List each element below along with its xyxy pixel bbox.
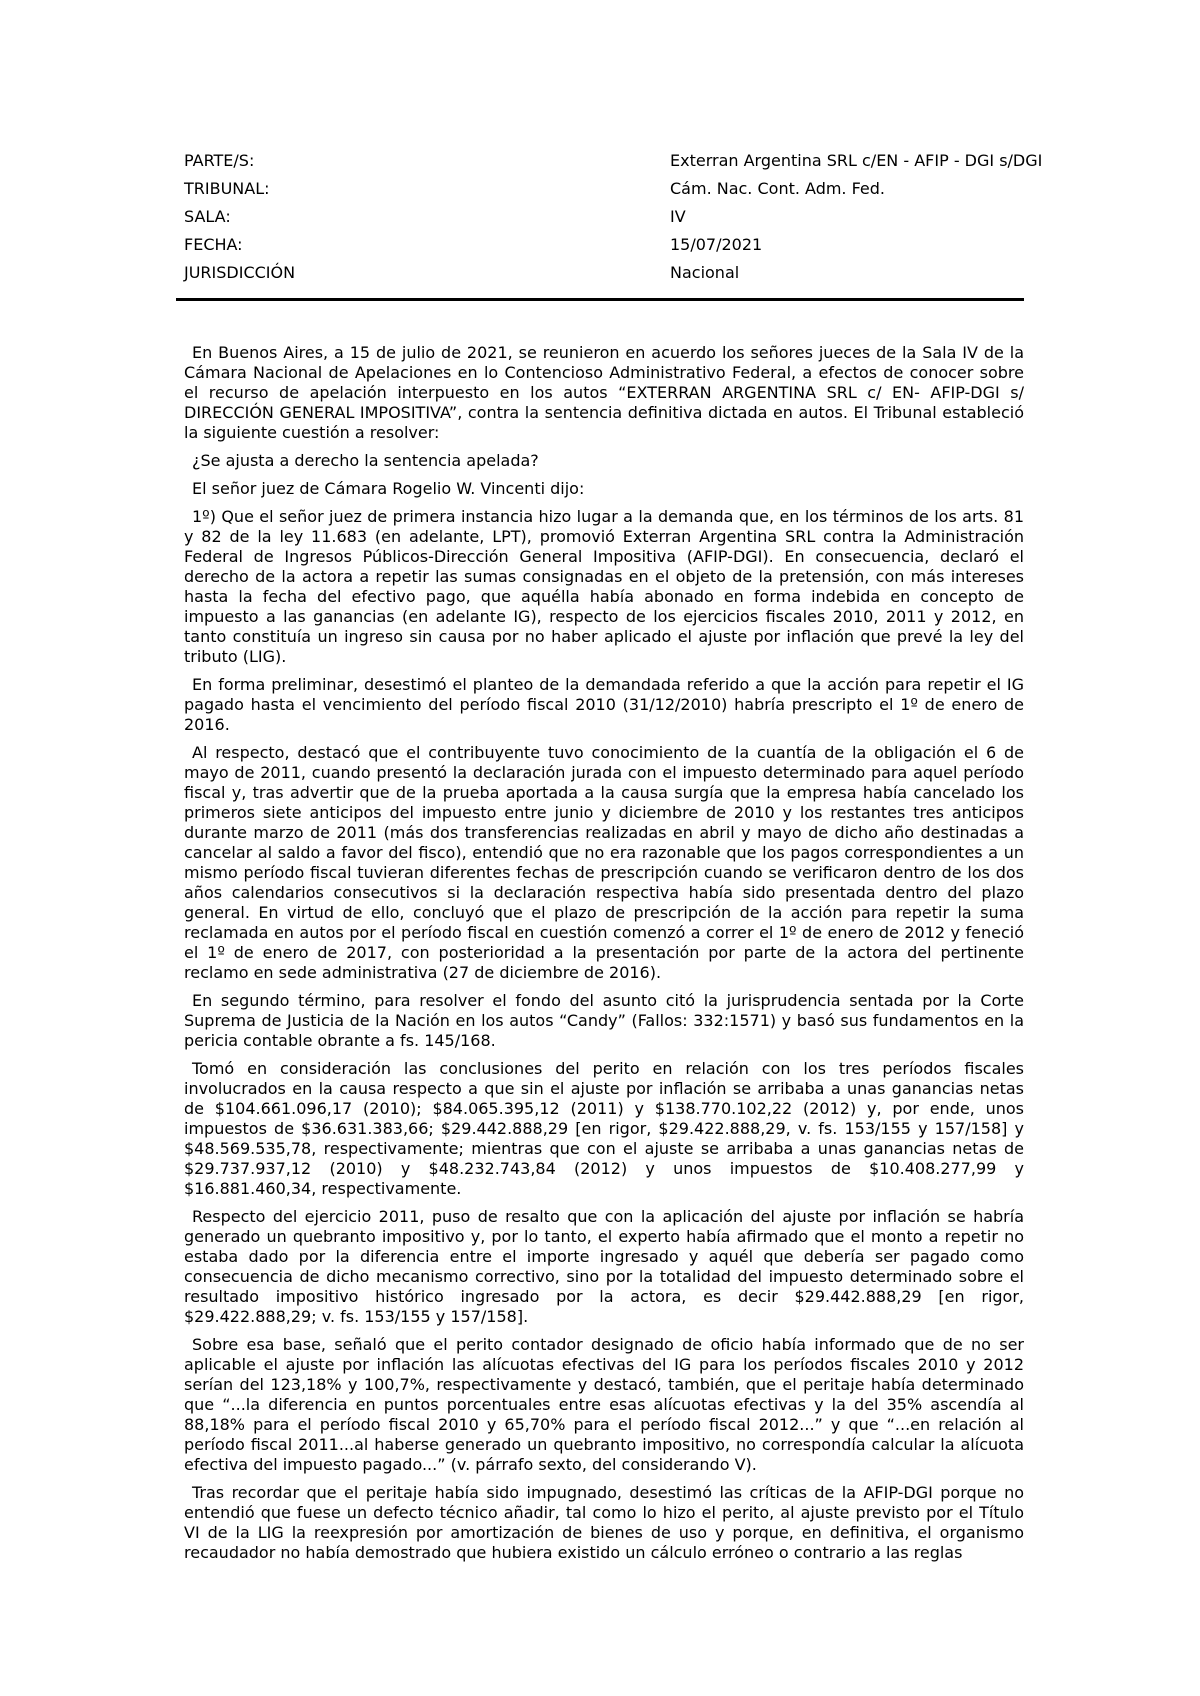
header-field-row-tribunal: TRIBUNAL: Cám. Nac. Cont. Adm. Fed. — [184, 174, 1024, 202]
decision-body: En Buenos Aires, a 15 de julio de 2021, … — [184, 343, 1024, 1563]
field-value-tribunal: Cám. Nac. Cont. Adm. Fed. — [670, 179, 1024, 198]
header-divider-rule — [176, 298, 1024, 301]
body-paragraph: En forma preliminar, desestimó el plante… — [184, 675, 1024, 735]
header-field-row-sala: SALA: IV — [184, 202, 1024, 230]
body-paragraph: Respecto del ejercicio 2011, puso de res… — [184, 1207, 1024, 1327]
body-paragraph-question: ¿Se ajusta a derecho la sentencia apelad… — [184, 451, 1024, 471]
body-paragraph: En Buenos Aires, a 15 de julio de 2021, … — [184, 343, 1024, 443]
body-paragraph: Al respecto, destacó que el contribuyent… — [184, 743, 1024, 983]
document-page: PARTE/S: Exterran Argentina SRL c/EN - A… — [0, 0, 1200, 1696]
field-value-fecha: 15/07/2021 — [670, 235, 1024, 254]
body-paragraph: Tras recordar que el peritaje había sido… — [184, 1483, 1024, 1563]
field-label-partes: PARTE/S: — [184, 151, 670, 170]
header-field-row-partes: PARTE/S: Exterran Argentina SRL c/EN - A… — [184, 146, 1024, 174]
field-label-fecha: FECHA: — [184, 235, 670, 254]
court-decision-document: PARTE/S: Exterran Argentina SRL c/EN - A… — [184, 146, 1024, 1571]
field-value-sala: IV — [670, 207, 1024, 226]
header-field-row-jurisdiccion: JURISDICCIÓN Nacional — [184, 258, 1024, 286]
field-label-jurisdiccion: JURISDICCIÓN — [184, 263, 670, 282]
field-value-jurisdiccion: Nacional — [670, 263, 1024, 282]
body-paragraph: 1º) Que el señor juez de primera instanc… — [184, 507, 1024, 667]
field-value-partes: Exterran Argentina SRL c/EN - AFIP - DGI… — [670, 151, 1042, 170]
field-label-sala: SALA: — [184, 207, 670, 226]
body-paragraph: El señor juez de Cámara Rogelio W. Vince… — [184, 479, 1024, 499]
case-metadata-header: PARTE/S: Exterran Argentina SRL c/EN - A… — [184, 146, 1024, 286]
body-paragraph: En segundo término, para resolver el fon… — [184, 991, 1024, 1051]
body-paragraph: Tomó en consideración las conclusiones d… — [184, 1059, 1024, 1199]
field-label-tribunal: TRIBUNAL: — [184, 179, 670, 198]
body-paragraph: Sobre esa base, señaló que el perito con… — [184, 1335, 1024, 1475]
header-field-row-fecha: FECHA: 15/07/2021 — [184, 230, 1024, 258]
